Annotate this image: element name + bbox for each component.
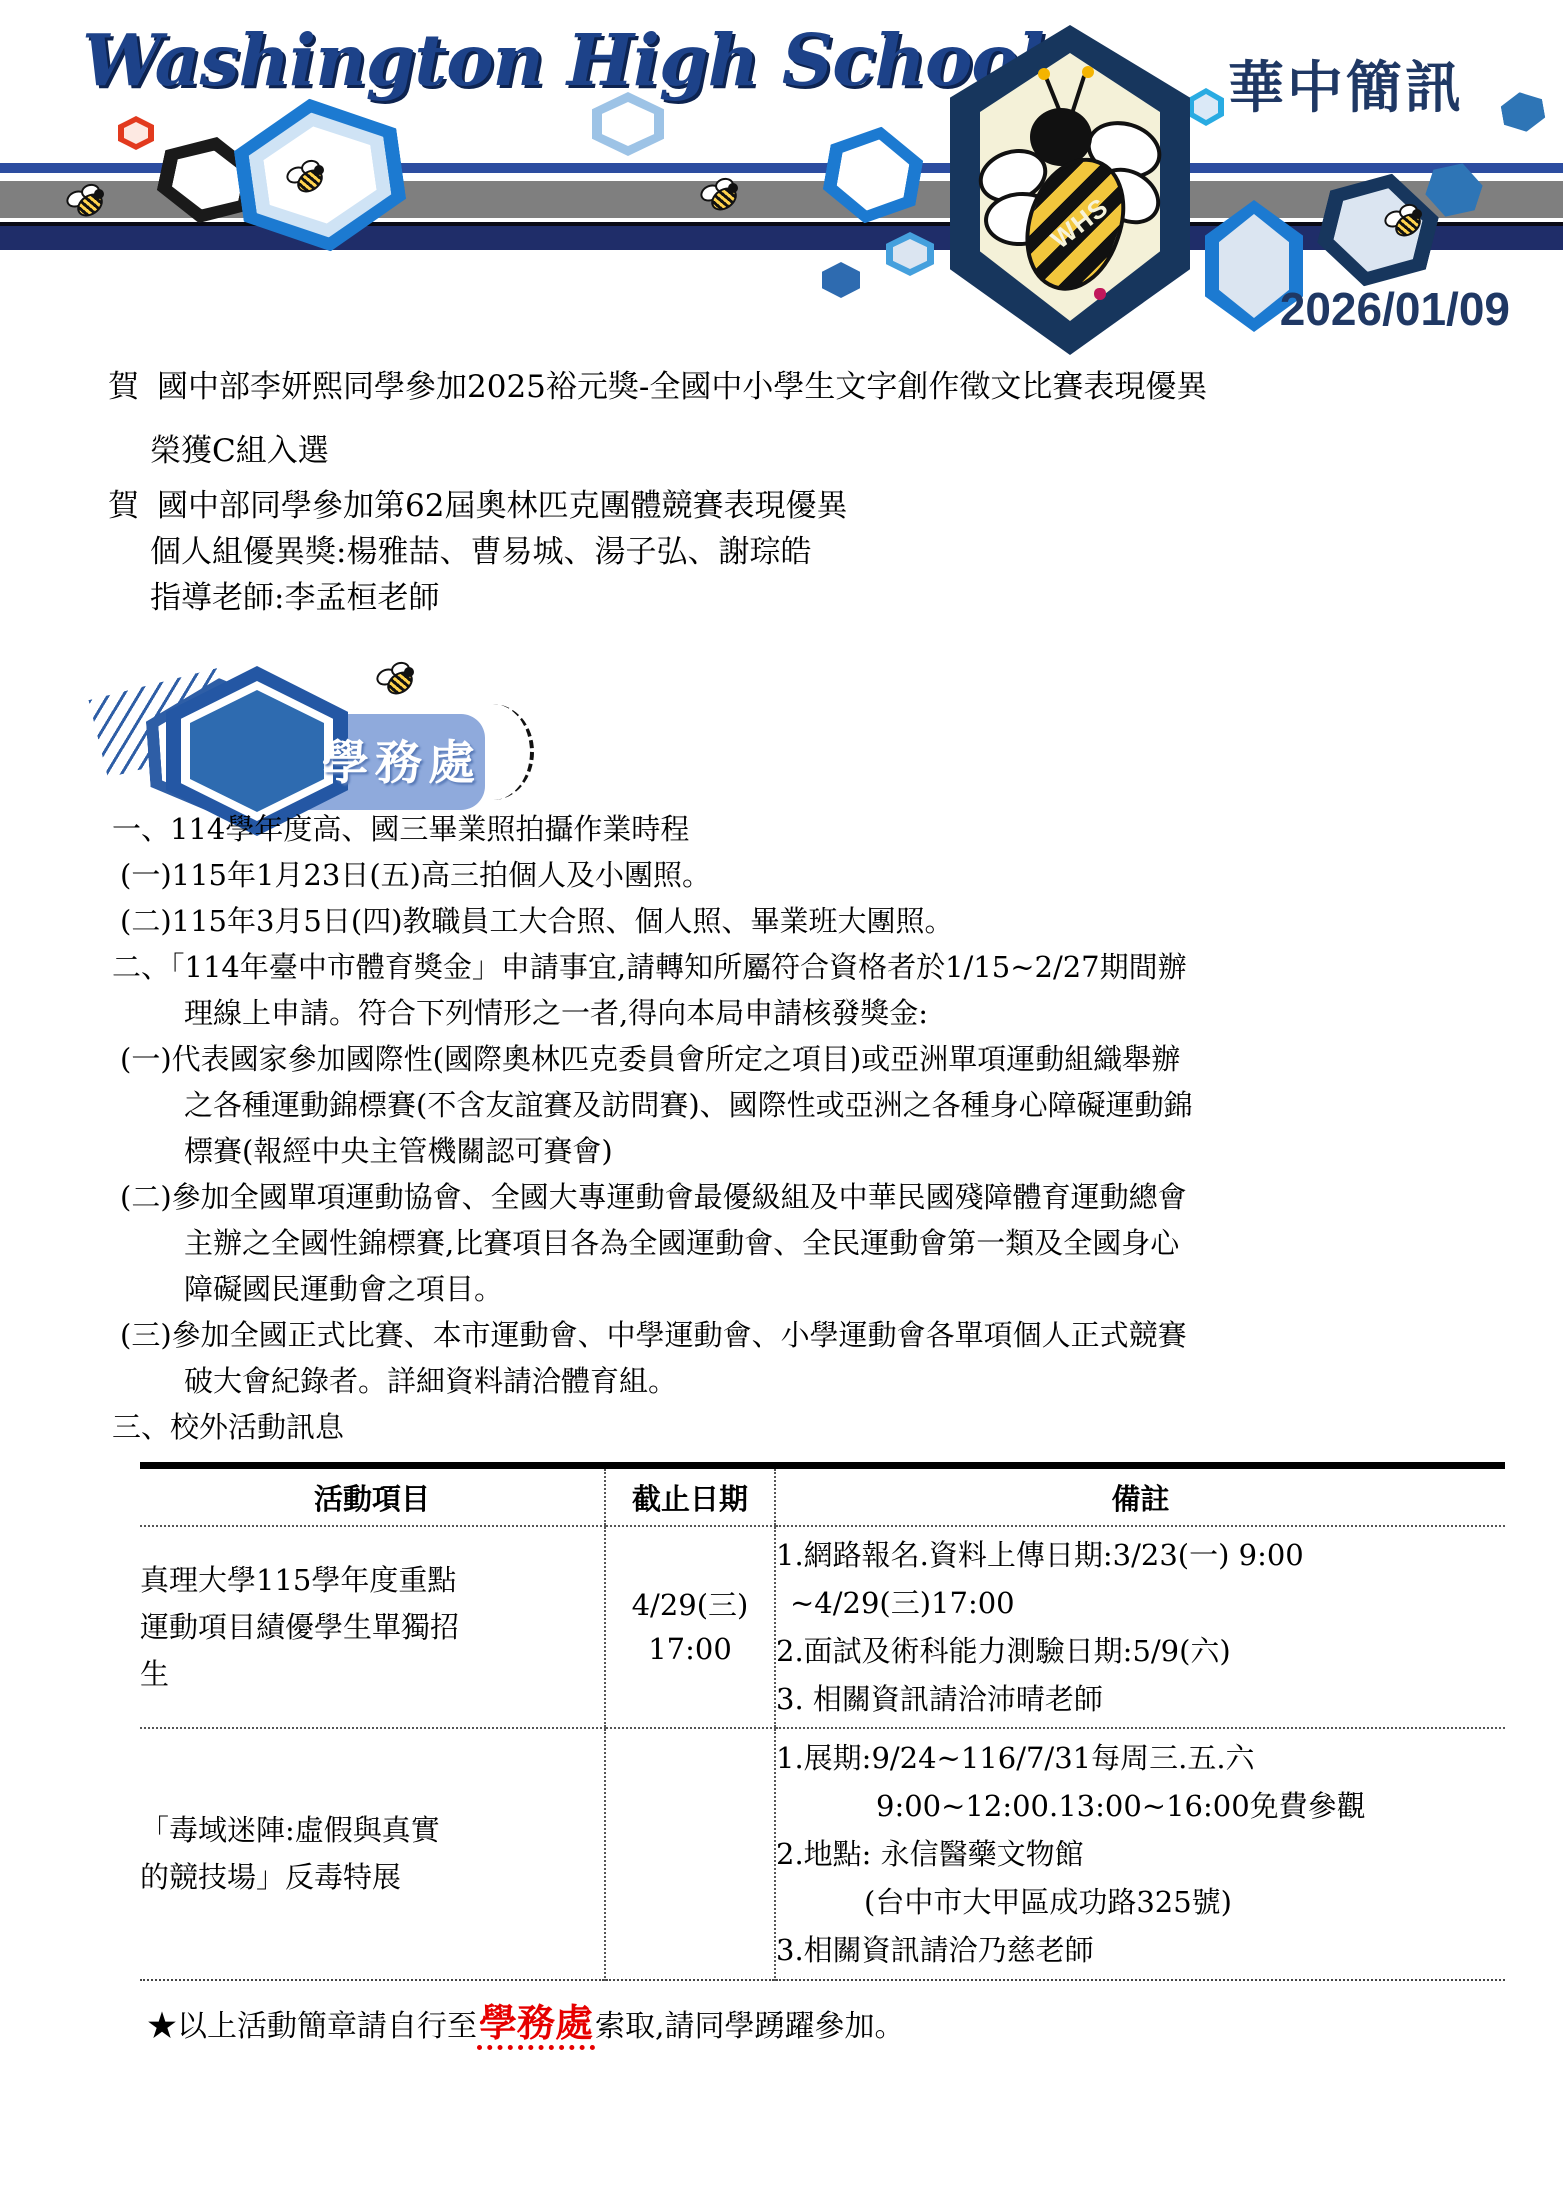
deadline-cell <box>605 1728 775 1980</box>
activity-cell: 真理大學115學年度重點 運動項目績優學生單獨招 生 <box>140 1526 605 1728</box>
body-line: (一)代表國家參加國際性(國際奧林匹克委員會所定之項目)或亞洲單項運動組織舉辦 <box>120 1036 1512 1082</box>
bee-icon <box>66 182 108 220</box>
body-text: 一、114學年度高、國三畢業照拍攝作業時程 (一)115年1月23日(五)高三拍… <box>112 806 1512 1450</box>
bee-icon <box>376 660 418 698</box>
hexagon-icon <box>1499 89 1547 136</box>
congrats-prefix: 賀 <box>108 355 139 419</box>
section-badge-label: 學務處 <box>322 726 481 793</box>
announcement-line: 榮獲C組入選 <box>150 419 1207 483</box>
body-line: (二)115年3月5日(四)教職員工大合照、個人照、畢業班大團照。 <box>120 898 1512 944</box>
congrats-prefix: 賀 <box>108 483 139 529</box>
announcement-line: 國中部李妍熙同學參加2025裕元獎-全國中小學生文字創作徵文比賽表現優異 <box>157 355 1207 419</box>
footer-note: ★以上活動簡章請自行至學務處索取,請同學踴躍參加。 <box>147 1992 905 2047</box>
notes-cell: 1.展期:9/24~116/7/31每周三.五.六 9:00~12:00.13:… <box>775 1728 1505 1980</box>
footer-note-highlight: 學務處 <box>477 2000 595 2050</box>
body-line: (一)115年1月23日(五)高三拍個人及小團照。 <box>120 852 1512 898</box>
body-line: 二、「114年臺中市體育獎金」申請事宜,請轉知所屬符合資格者於1/15~2/27… <box>112 944 1512 990</box>
body-line: 標賽(報經中央主管機關認可賽會) <box>184 1128 1512 1174</box>
announcement-line: 個人組優異獎:楊雅喆、曹易城、湯子弘、謝琮皓 <box>150 529 847 575</box>
announcement-1: 賀 國中部李妍熙同學參加2025裕元獎-全國中小學生文字創作徵文比賽表現優異 榮… <box>108 355 1207 483</box>
announcement-line: 國中部同學參加第62屆奧林匹克團體競賽表現優異 <box>157 483 847 529</box>
body-line: 破大會紀錄者。詳細資料請洽體育組。 <box>184 1358 1512 1404</box>
footer-note-post: 索取,請同學踴躍參加。 <box>595 2009 905 2044</box>
table-row: 「毒域迷陣:虛假與真實 的競技場」反毒特展 1.展期:9/24~116/7/31… <box>140 1728 1505 1980</box>
deadline-cell: 4/29(三) 17:00 <box>605 1526 775 1728</box>
body-line: 主辦之全國性錦標賽,比賽項目各為全國運動會、全民運動會第一類及全國身心 <box>184 1220 1512 1266</box>
body-line: 一、114學年度高、國三畢業照拍攝作業時程 <box>112 806 1512 852</box>
body-line: 理線上申請。符合下列情形之一者,得向本局申請核發獎金: <box>184 990 1512 1036</box>
hexagon-icon <box>1188 88 1224 126</box>
newsletter-page: Washington High School 華中簡訊 <box>0 0 1563 2208</box>
bee-mascot-icon: WHS <box>990 80 1150 300</box>
school-name-title: Washington High School <box>82 18 1044 102</box>
column-header-activity: 活動項目 <box>140 1466 605 1527</box>
notes-cell: 1.網路報名.資料上傳日期:3/23(一) 9:00 ~4/29(三)17:00… <box>775 1526 1505 1728</box>
body-line: (二)參加全國單項運動協會、全國大專運動會最優級組及中華民國殘障體育運動總會 <box>120 1174 1512 1220</box>
footer-note-pre: ★以上活動簡章請自行至 <box>147 2009 477 2044</box>
table-row: 真理大學115學年度重點 運動項目績優學生單獨招 生 4/29(三) 17:00… <box>140 1526 1505 1728</box>
bee-icon <box>286 158 328 196</box>
newsletter-title: 華中簡訊 <box>1228 44 1464 124</box>
header-banner: Washington High School 華中簡訊 <box>0 0 1563 360</box>
issue-date: 2026/01/09 <box>1140 282 1510 336</box>
table-header-row: 活動項目 截止日期 備註 <box>140 1466 1505 1527</box>
body-line: 障礙國民運動會之項目。 <box>184 1266 1512 1312</box>
hexagon-icon <box>118 116 154 150</box>
bee-icon <box>1384 202 1426 240</box>
activities-table: 活動項目 截止日期 備註 真理大學115學年度重點 運動項目績優學生單獨招 生 … <box>140 1462 1505 1981</box>
hexagon-icon <box>822 262 860 298</box>
body-line: 三、校外活動訊息 <box>112 1404 1512 1450</box>
body-line: (三)參加全國正式比賽、本市運動會、中學運動會、小學運動會各單項個人正式競賽 <box>120 1312 1512 1358</box>
activity-cell: 「毒域迷陣:虛假與真實 的競技場」反毒特展 <box>140 1728 605 1980</box>
column-header-notes: 備註 <box>775 1466 1505 1527</box>
bee-icon <box>700 176 742 214</box>
bee-trail-decoration <box>478 704 534 800</box>
announcement-2: 賀 國中部同學參加第62屆奧林匹克團體競賽表現優異 個人組優異獎:楊雅喆、曹易城… <box>108 483 847 621</box>
column-header-deadline: 截止日期 <box>605 1466 775 1527</box>
body-line: 之各種運動錦標賽(不含友誼賽及訪問賽)、國際性或亞洲之各種身心障礙運動錦 <box>184 1082 1512 1128</box>
section-badge-student-affairs: 學務處 <box>90 662 520 827</box>
announcement-line: 指導老師:李孟桓老師 <box>150 575 847 621</box>
